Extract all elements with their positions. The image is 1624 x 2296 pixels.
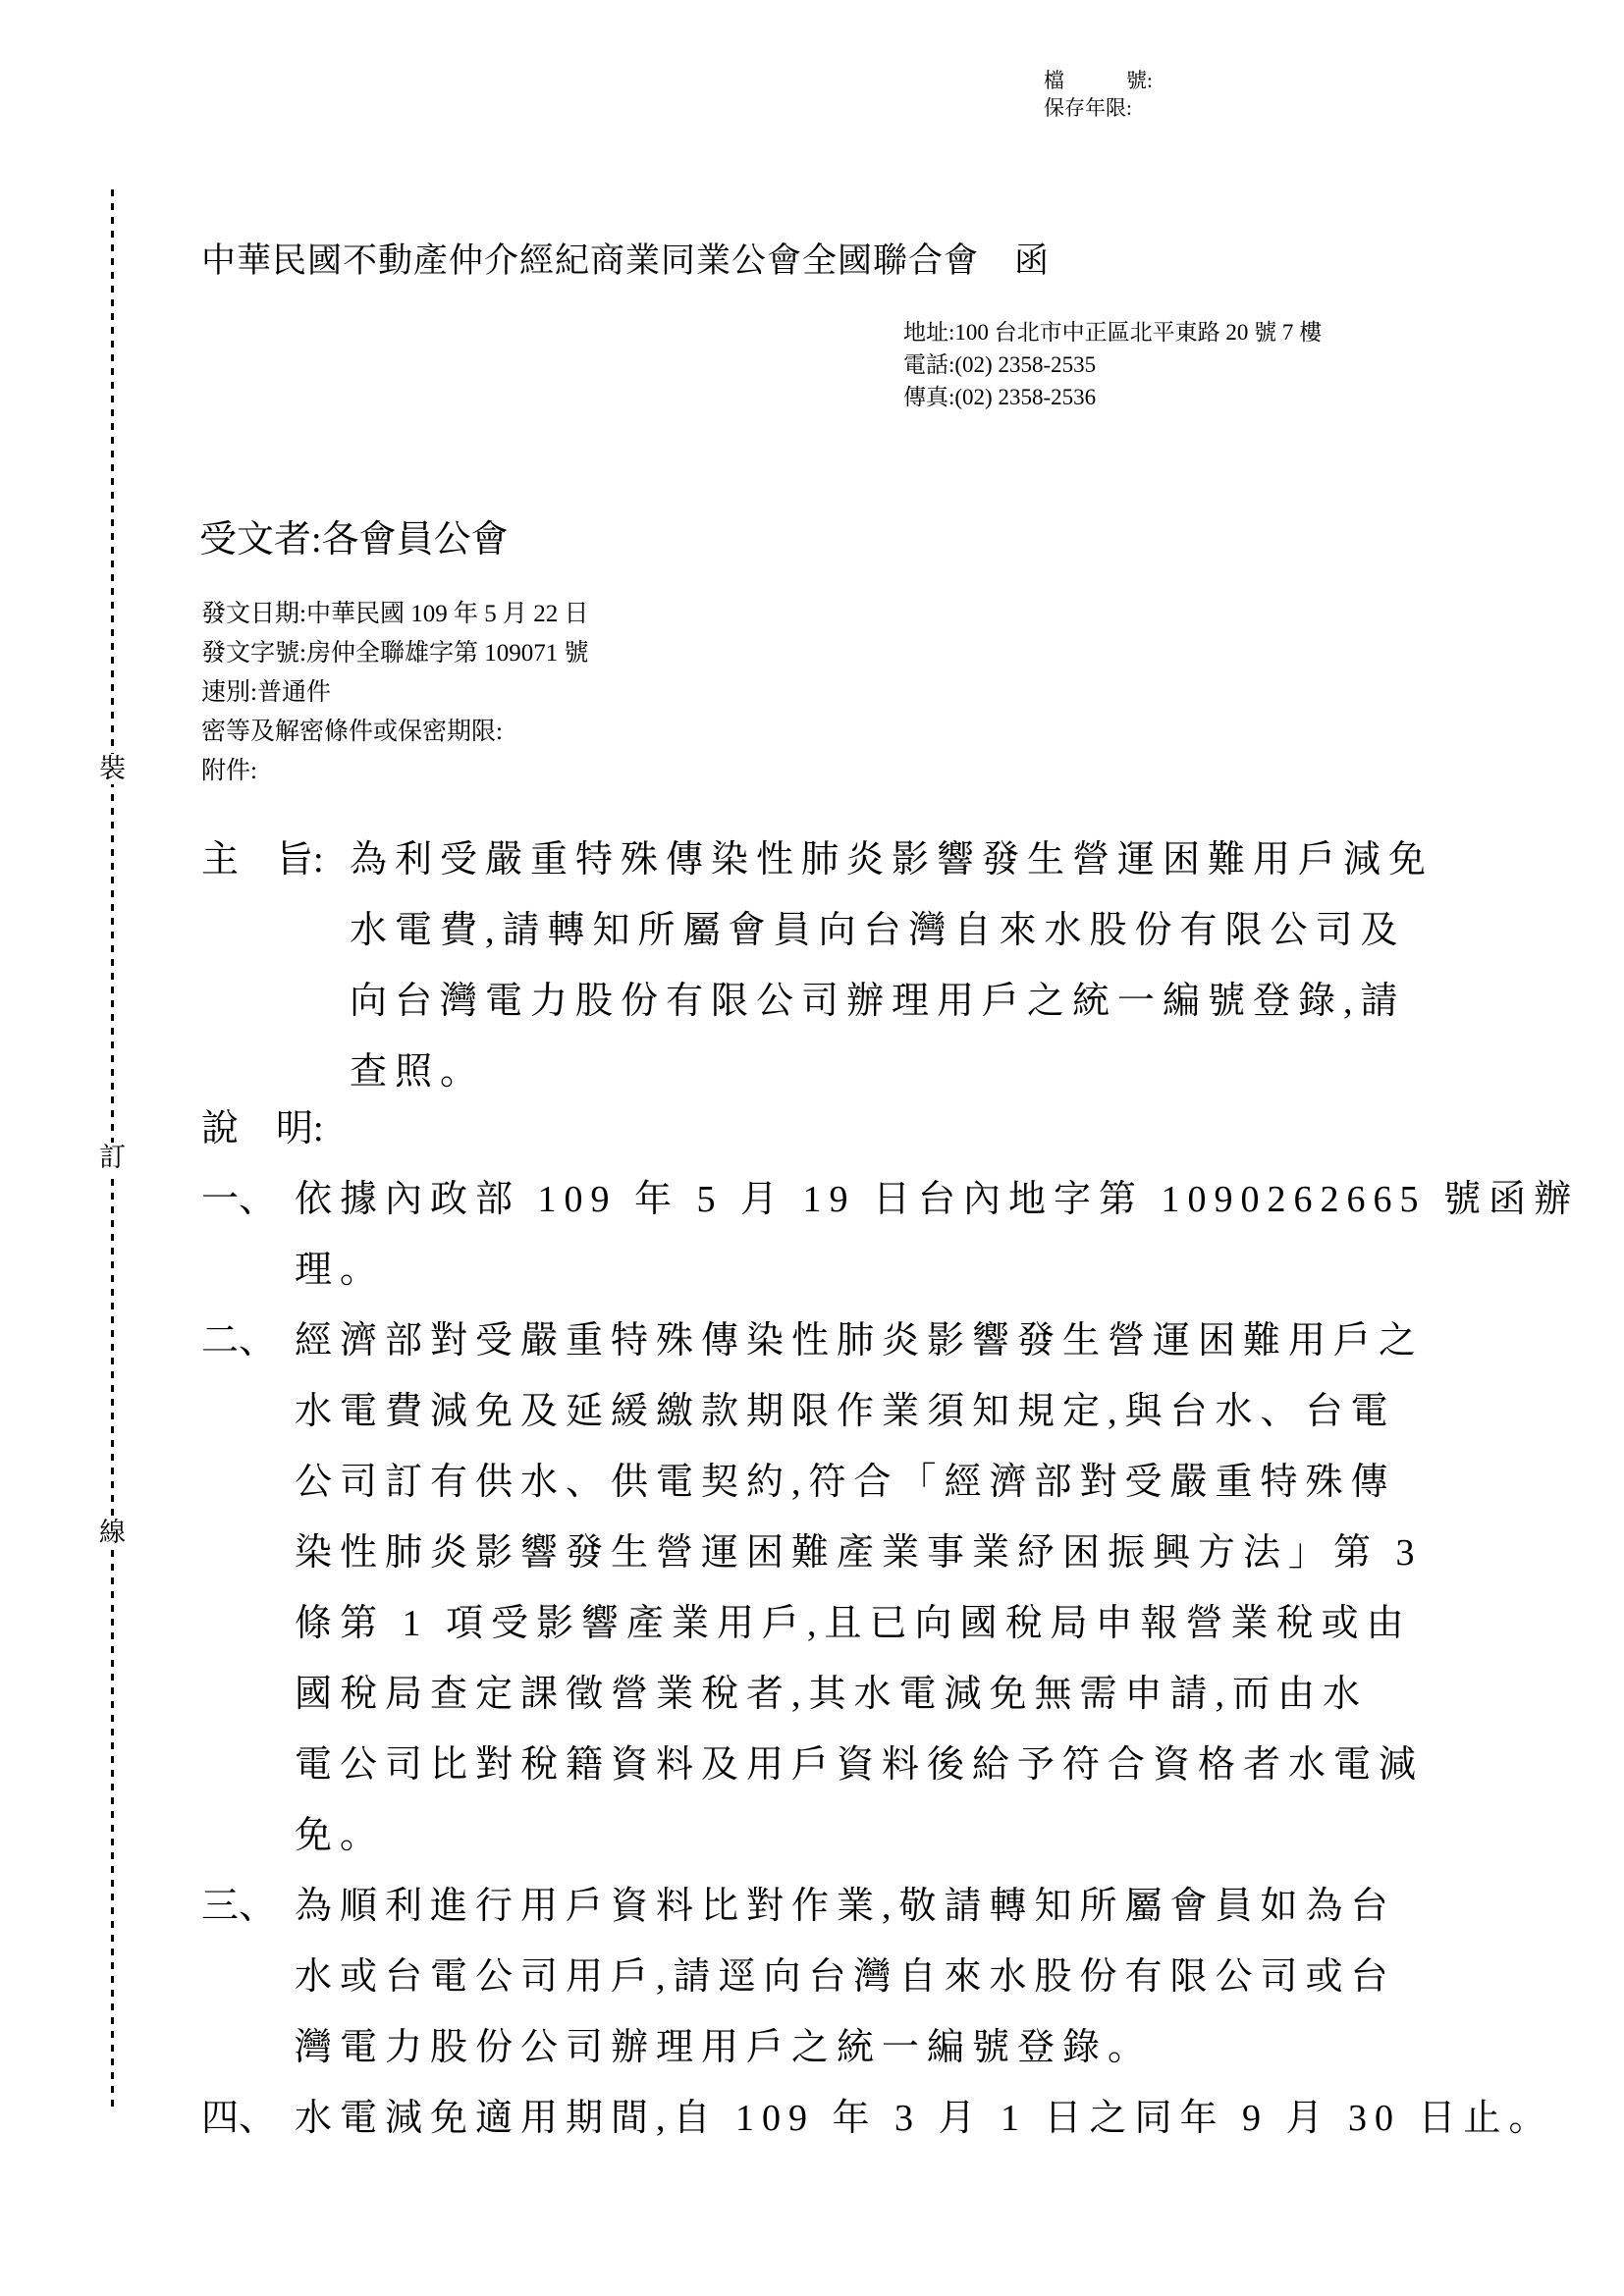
file-number-label: 檔 號: [1044, 67, 1153, 94]
margin-mark-line: 線 [97, 1518, 128, 1548]
explanation-item-1: 一、 依據內政部 109 年 5 月 19 日台內地字第 1090262665 … [201, 1164, 1579, 1306]
item-content: 水電減免適用期間,自 109 年 3 月 1 日之同年 9 月 30 日止。 [295, 2083, 1554, 2154]
item-line: 水電減免適用期間,自 109 年 3 月 1 日之同年 9 月 30 日止。 [295, 2083, 1554, 2154]
item-line: 國稅局查定課徵營業稅者,其水電減免無需申請,而由水 [295, 1659, 1424, 1730]
subject-section: 主 旨: 為利受嚴重特殊傳染性肺炎影響發生營運困難用戶減免 水電費,請轉知所屬會… [201, 825, 1434, 1107]
item-line: 為順利進行用戶資料比對作業,敬請轉知所屬會員如為台 [295, 1871, 1396, 1942]
item-content: 為順利進行用戶資料比對作業,敬請轉知所屬會員如為台 水或台電公司用戶,請逕向台灣… [295, 1871, 1396, 2083]
recipient-line: 受文者:各會員公會 [199, 508, 509, 562]
item-line: 染性肺炎影響發生營運困難產業事業紓困振興方法」第 3 [295, 1518, 1424, 1588]
item-line: 條第 1 項受影響產業用戶,且已向國稅局申報營業稅或由 [295, 1588, 1424, 1659]
file-number-block: 檔 號: 保存年限: [1044, 67, 1153, 122]
item-content: 依據內政部 109 年 5 月 19 日台內地字第 1090262665 號函辦… [295, 1164, 1579, 1306]
document-title: 中華民國不動產仲介經紀商業同業公會全國聯合會 函 [201, 234, 1050, 283]
retention-period-label: 保存年限: [1044, 94, 1153, 122]
item-line: 電公司比對稅籍資料及用戶資料後給予符合資格者水電減 [295, 1730, 1424, 1800]
doc-number-line: 發文字號:房仲全聯雄字第 109071 號 [201, 634, 588, 673]
item-line: 依據內政部 109 年 5 月 19 日台內地字第 1090262665 號函辦 [295, 1164, 1579, 1235]
subject-label: 主 旨: [201, 825, 350, 1107]
item-number: 三、 [201, 1871, 295, 2083]
official-letter-page: 裝 訂 線 檔 號: 保存年限: 中華民國不動產仲介經紀商業同業公會全國聯合會 … [0, 0, 1624, 2296]
sender-fax: 傳真:(02) 2358-2536 [903, 381, 1322, 413]
explanation-item-3: 三、 為順利進行用戶資料比對作業,敬請轉知所屬會員如為台 水或台電公司用戶,請逕… [201, 1871, 1579, 2083]
item-number: 二、 [201, 1306, 295, 1871]
item-line: 公司訂有供水、供電契約,符合「經濟部對受嚴重特殊傳 [295, 1447, 1424, 1518]
subject-content: 為利受嚴重特殊傳染性肺炎影響發生營運困難用戶減免 水電費,請轉知所屬會員向台灣自… [350, 825, 1434, 1107]
subject-line: 水電費,請轉知所屬會員向台灣自來水股份有限公司及 [350, 895, 1434, 966]
item-content: 經濟部對受嚴重特殊傳染性肺炎影響發生營運困難用戶之 水電費減免及延緩繳款期限作業… [295, 1306, 1424, 1871]
subject-line: 查照。 [350, 1037, 1434, 1107]
subject-line: 向台灣電力股份有限公司辦理用戶之統一編號登錄,請 [350, 966, 1434, 1037]
item-line: 經濟部對受嚴重特殊傳染性肺炎影響發生營運困難用戶之 [295, 1306, 1424, 1376]
item-line: 理。 [295, 1235, 1579, 1306]
explanation-item-2: 二、 經濟部對受嚴重特殊傳染性肺炎影響發生營運困難用戶之 水電費減免及延緩繳款期… [201, 1306, 1579, 1871]
item-line: 水或台電公司用戶,請逕向台灣自來水股份有限公司或台 [295, 1942, 1396, 2012]
explanation-item-4: 四、 水電減免適用期間,自 109 年 3 月 1 日之同年 9 月 30 日止… [201, 2083, 1579, 2154]
security-class-line: 密等及解密條件或保密期限: [201, 713, 588, 752]
margin-mark-staple: 訂 [97, 1143, 128, 1173]
sender-phone: 電話:(02) 2358-2535 [903, 348, 1322, 381]
margin-mark-binding: 裝 [97, 754, 128, 784]
explanation-items: 一、 依據內政部 109 年 5 月 19 日台內地字第 1090262665 … [201, 1164, 1579, 2154]
item-line: 灣電力股份公司辦理用戶之統一編號登錄。 [295, 2012, 1396, 2083]
subject-line: 為利受嚴重特殊傳染性肺炎影響發生營運困難用戶減免 [350, 825, 1434, 895]
item-line: 水電費減免及延緩繳款期限作業須知規定,與台水、台電 [295, 1376, 1424, 1447]
sender-contact-block: 地址:100 台北市中正區北平東路 20 號 7 樓 電話:(02) 2358-… [903, 316, 1322, 413]
meta-block: 發文日期:中華民國 109 年 5 月 22 日 發文字號:房仲全聯雄字第 10… [201, 595, 588, 791]
issue-date-line: 發文日期:中華民國 109 年 5 月 22 日 [201, 595, 588, 634]
attachment-line: 附件: [201, 752, 588, 791]
item-number: 一、 [201, 1164, 295, 1306]
sender-address: 地址:100 台北市中正區北平東路 20 號 7 樓 [903, 316, 1322, 348]
item-line: 免。 [295, 1800, 1424, 1871]
item-number: 四、 [201, 2083, 295, 2154]
speed-class-line: 速別:普通件 [201, 673, 588, 713]
explanation-label: 說 明: [201, 1094, 324, 1164]
